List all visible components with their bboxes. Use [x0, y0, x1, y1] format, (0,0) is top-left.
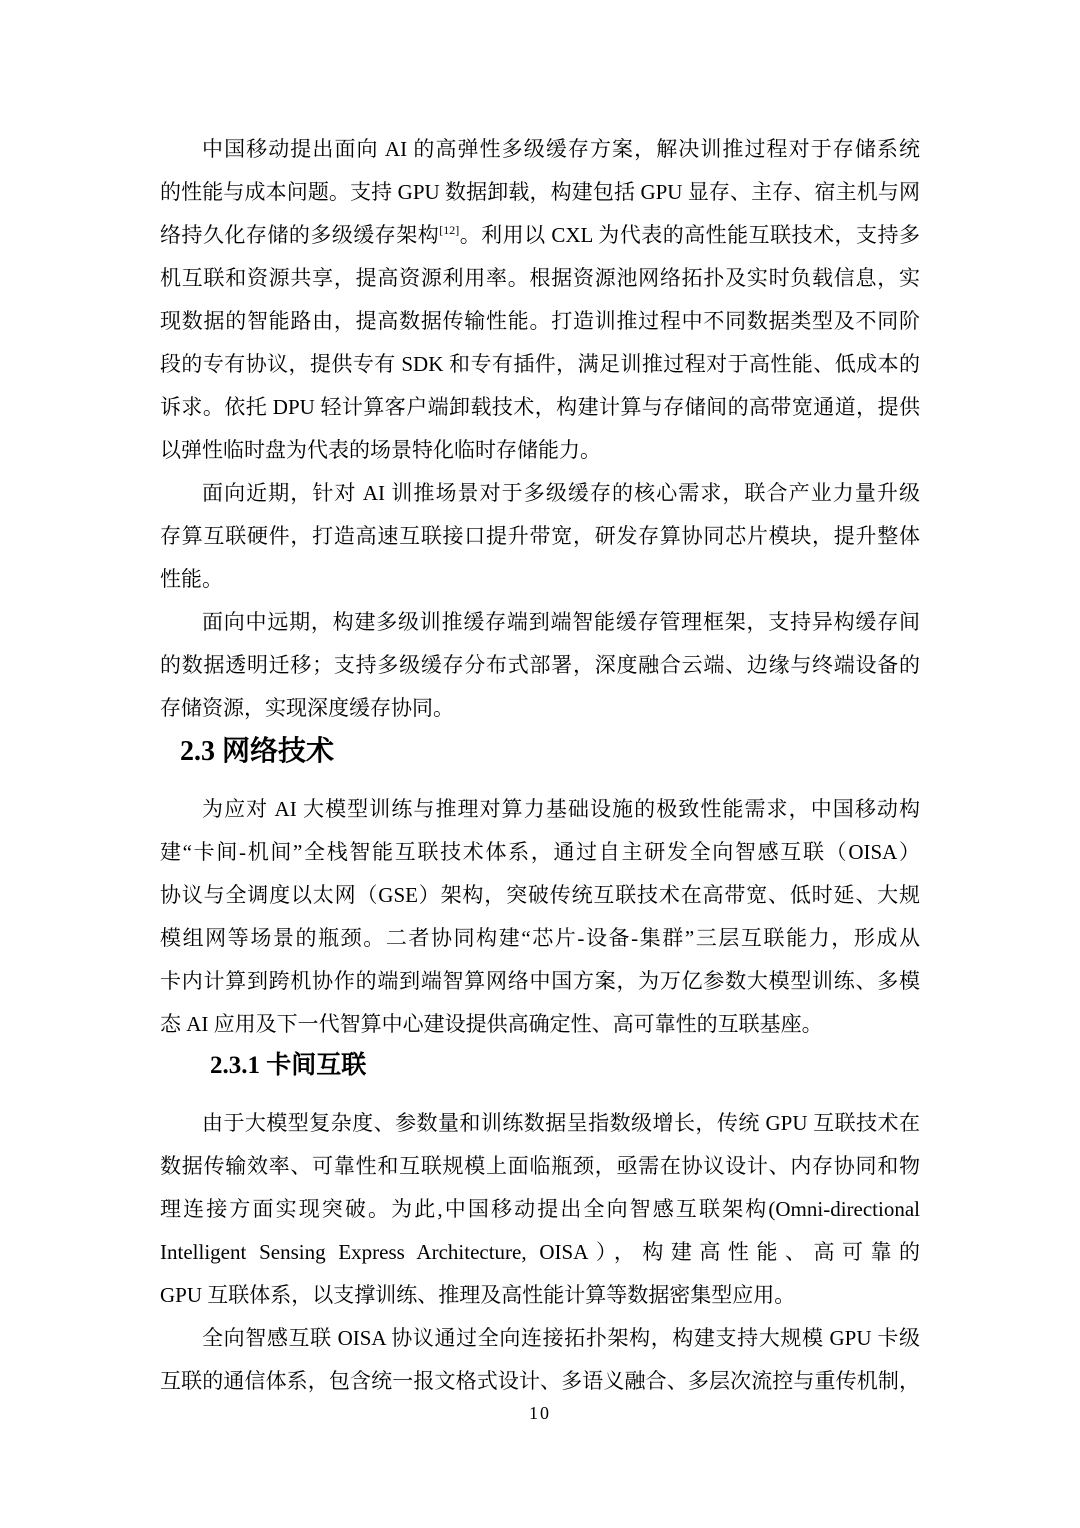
- text-line: 以弹性临时盘为代表的场景特化临时存储能力。: [160, 429, 920, 472]
- text-segment: 。利用以 CXL 为代表的高性能互联技术，支持多: [459, 223, 920, 247]
- text-line: 诉求。依托 DPU 轻计算客户端卸载技术，构建计算与存储间的高带宽通道，提供: [160, 386, 920, 429]
- text-segment: 络持久化存储的多级缓存架构: [160, 223, 439, 247]
- text-line: 段的专有协议，提供专有 SDK 和专有插件，满足训推过程对于高性能、低成本的: [160, 343, 920, 386]
- text-line: 面向近期，针对 AI 训推场景对于多级缓存的核心需求，联合产业力量升级: [160, 472, 920, 515]
- text-line: 面向中远期，构建多级训推缓存端到端智能缓存管理框架，支持异构缓存间: [160, 601, 920, 644]
- text-line: 现数据的智能路由，提高数据传输性能。打造训推过程中不同数据类型及不同阶: [160, 300, 920, 343]
- text-line: GPU 互联体系，以支撑训练、推理及高性能计算等数据密集型应用。: [160, 1274, 920, 1317]
- footnote-ref: [12]: [439, 223, 459, 237]
- text-line: 为应对 AI 大模型训练与推理对算力基础设施的极致性能需求，中国移动构: [160, 788, 920, 831]
- section-heading-2-3-network-technology: 2.3 网络技术: [180, 730, 920, 774]
- paragraph-oisa-architecture: 由于大模型复杂度、参数量和训练数据呈指数级增长，传统 GPU 互联技术在 数据传…: [160, 1102, 920, 1317]
- text-line: 的性能与成本问题。支持 GPU 数据卸载，构建包括 GPU 显存、主存、宿主机与…: [160, 171, 920, 214]
- section-heading-2-3-1-card-interconnect: 2.3.1 卡间互联: [210, 1046, 920, 1086]
- text-line: 由于大模型复杂度、参数量和训练数据呈指数级增长，传统 GPU 互联技术在: [160, 1102, 920, 1145]
- text-line: Intelligent Sensing Express Architecture…: [160, 1231, 920, 1274]
- paragraph-storage-cache: 中国移动提出面向 AI 的高弹性多级缓存方案，解决训推过程对于存储系统 的性能与…: [160, 128, 920, 472]
- text-line: 模组网等场景的瓶颈。二者协同构建“芯片-设备-集群”三层互联能力，形成从: [160, 917, 920, 960]
- paragraph-mid-long-term: 面向中远期，构建多级训推缓存端到端智能缓存管理框架，支持异构缓存间 的数据透明迁…: [160, 601, 920, 730]
- text-line: 协议与全调度以太网（GSE）架构，突破传统互联技术在高带宽、低时延、大规: [160, 874, 920, 917]
- document-page: 中国移动提出面向 AI 的高弹性多级缓存方案，解决训推过程对于存储系统 的性能与…: [0, 0, 1080, 1528]
- paragraph-oisa-protocol: 全向智感互联 OISA 协议通过全向连接拓扑架构，构建支持大规模 GPU 卡级 …: [160, 1317, 920, 1403]
- text-line: 互联的通信体系，包含统一报文格式设计、多语义融合、多层次流控与重传机制，: [160, 1360, 920, 1403]
- text-line: 络持久化存储的多级缓存架构[12]。利用以 CXL 为代表的高性能互联技术，支持…: [160, 214, 920, 257]
- text-line: 卡内计算到跨机协作的端到端智算网络中国方案，为万亿参数大模型训练、多模: [160, 960, 920, 1003]
- text-line: 存算互联硬件，打造高速互联接口提升带宽，研发存算协同芯片模块，提升整体: [160, 515, 920, 558]
- text-line: 态 AI 应用及下一代智算中心建设提供高确定性、高可靠性的互联基座。: [160, 1003, 920, 1046]
- text-line: 数据传输效率、可靠性和互联规模上面临瓶颈，亟需在协议设计、内存协同和物: [160, 1145, 920, 1188]
- text-line: 机互联和资源共享，提高资源利用率。根据资源池网络拓扑及实时负载信息，实: [160, 257, 920, 300]
- text-line: 的数据透明迁移；支持多级缓存分布式部署，深度融合云端、边缘与终端设备的: [160, 644, 920, 687]
- paragraph-network-overview: 为应对 AI 大模型训练与推理对算力基础设施的极致性能需求，中国移动构 建“卡间…: [160, 788, 920, 1046]
- text-line: 建“卡间-机间”全栈智能互联技术体系，通过自主研发全向智感互联（OISA）: [160, 831, 920, 874]
- text-line: 性能。: [160, 558, 920, 601]
- page-number: 10: [160, 1403, 920, 1423]
- text-line: 存储资源，实现深度缓存协同。: [160, 687, 920, 730]
- text-line: 理连接方面实现突破。为此,中国移动提出全向智感互联架构(Omni-directi…: [160, 1188, 920, 1231]
- text-line: 中国移动提出面向 AI 的高弹性多级缓存方案，解决训推过程对于存储系统: [160, 128, 920, 171]
- text-line: 全向智感互联 OISA 协议通过全向连接拓扑架构，构建支持大规模 GPU 卡级: [160, 1317, 920, 1360]
- paragraph-near-term: 面向近期，针对 AI 训推场景对于多级缓存的核心需求，联合产业力量升级 存算互联…: [160, 472, 920, 601]
